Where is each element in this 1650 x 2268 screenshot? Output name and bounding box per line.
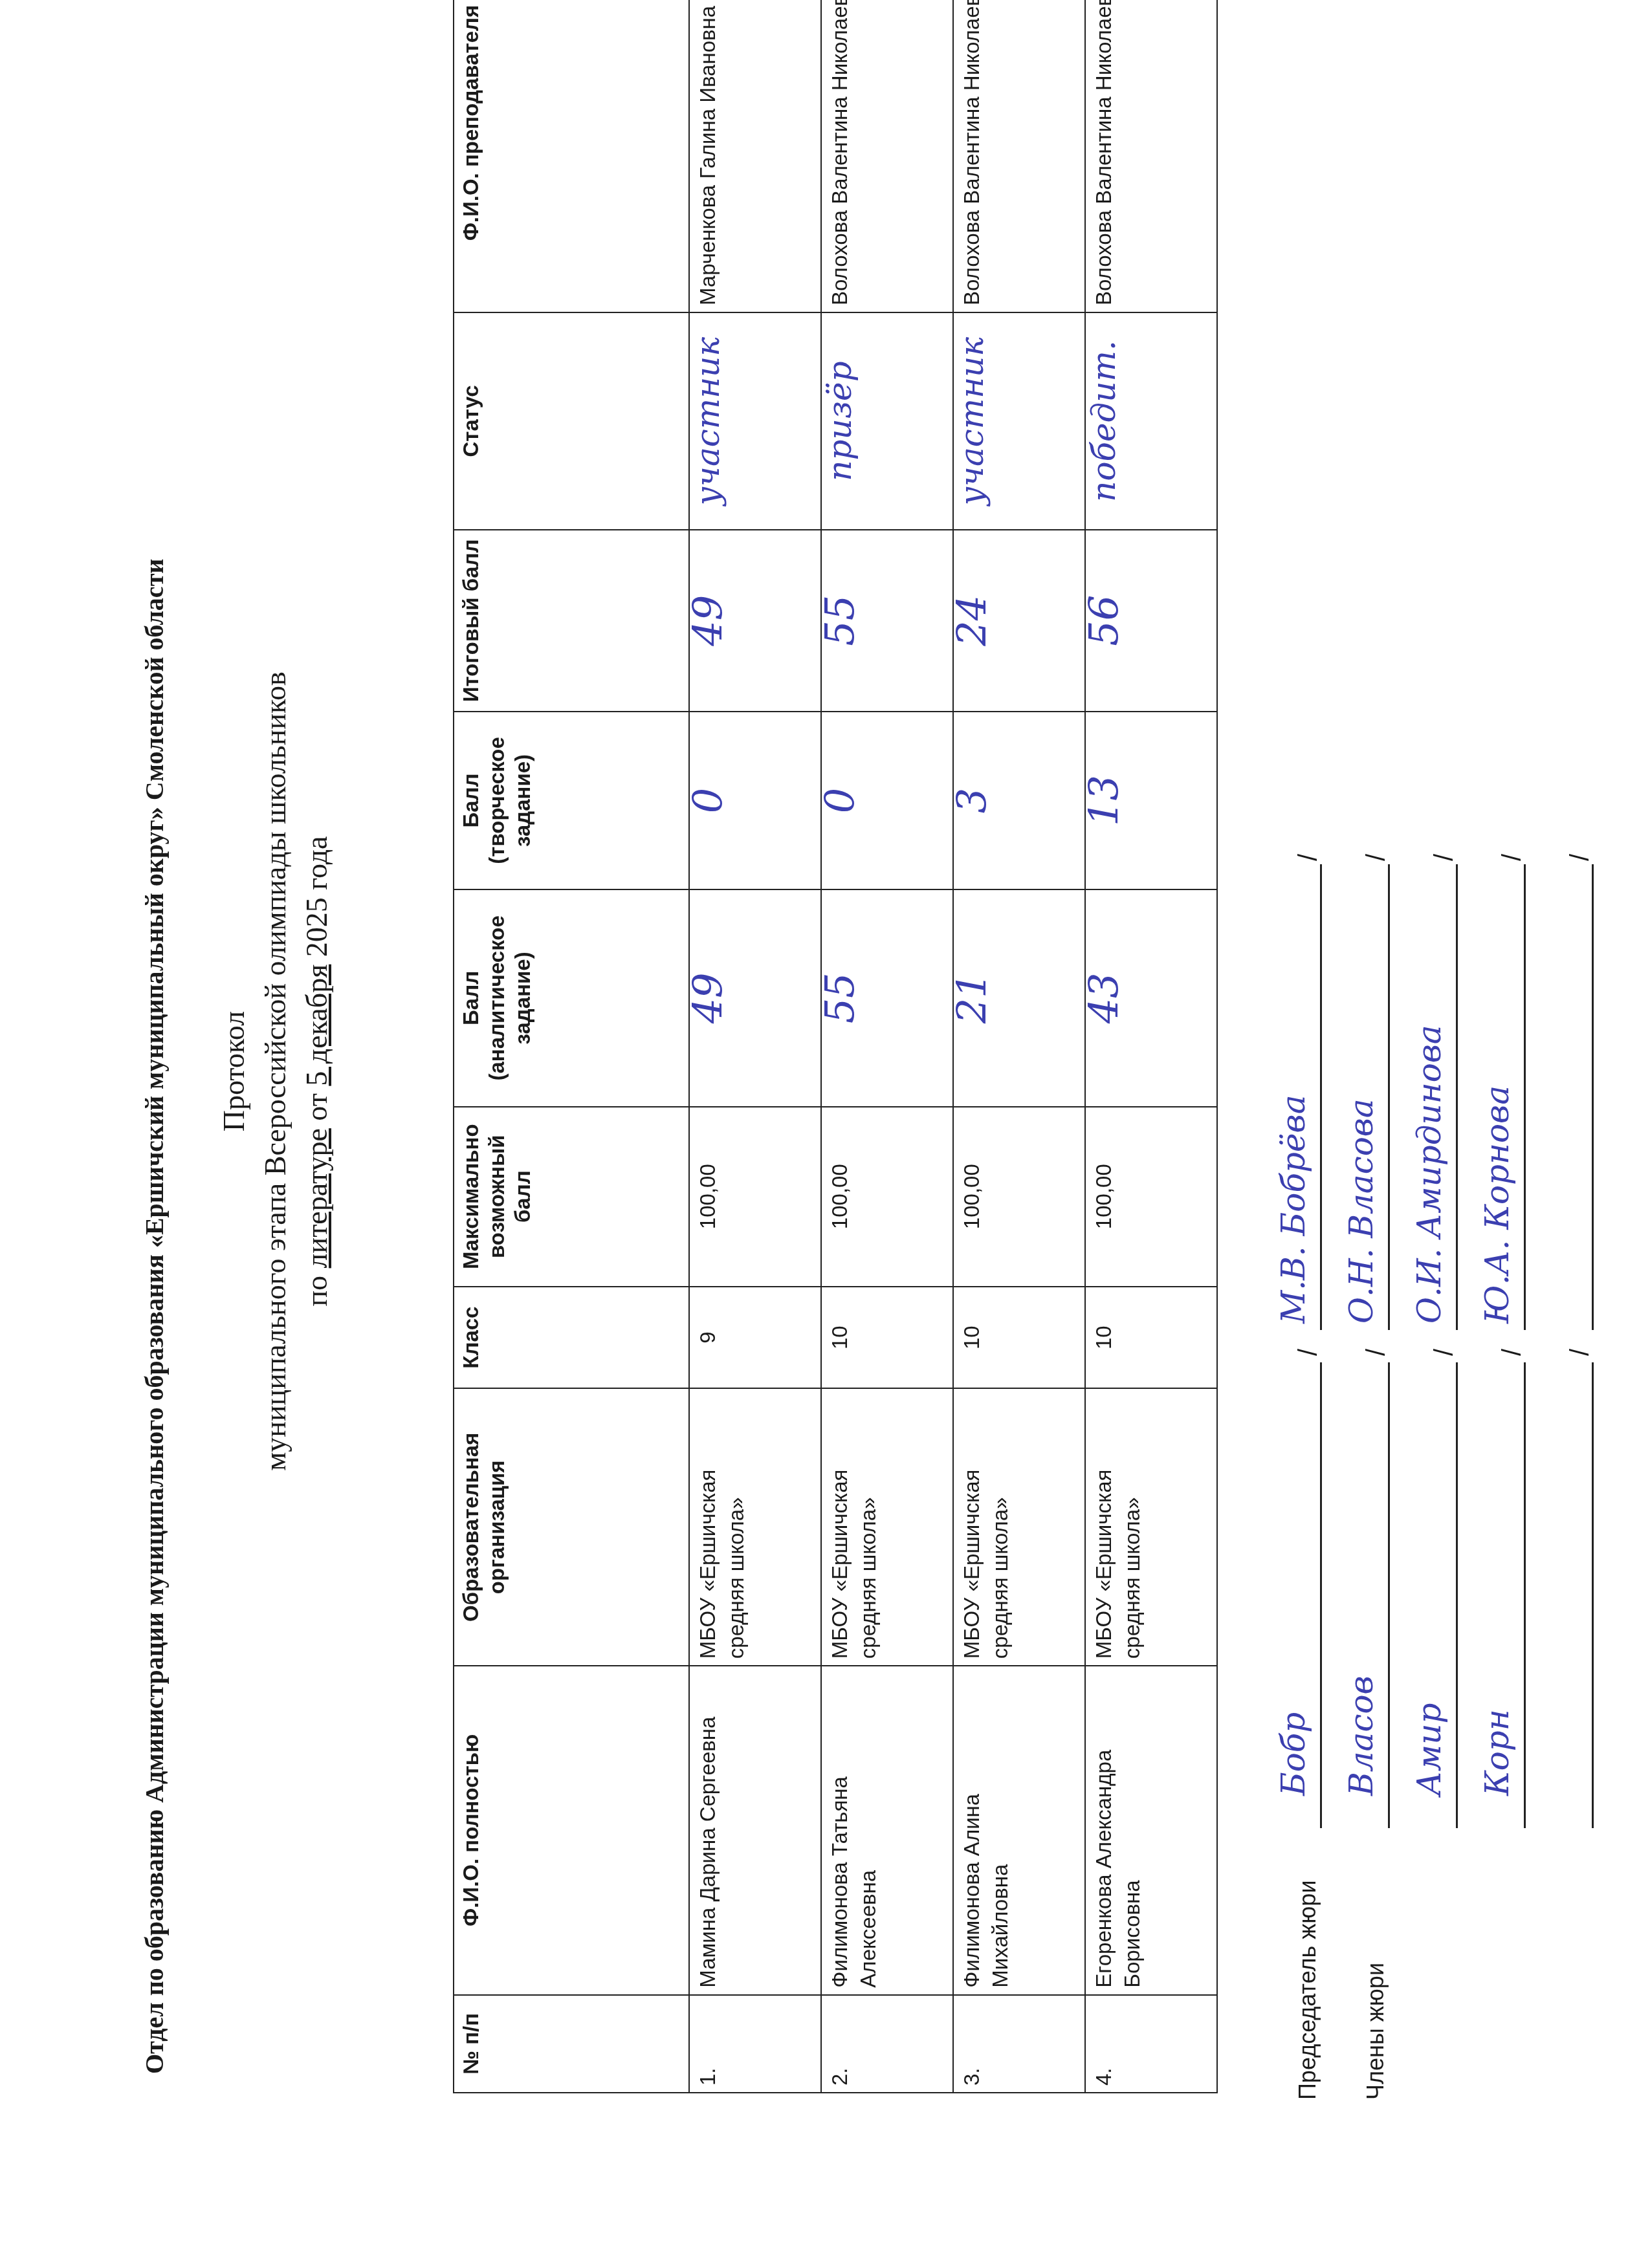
signature-line — [1388, 1362, 1390, 1828]
cell-student-name: Филимонова Алина Михайловна — [953, 1666, 1085, 1994]
separator: / — [1430, 854, 1459, 861]
col-teacher: Ф.И.О. преподавателя — [454, 0, 689, 312]
title-block: Протокол муниципального этапа Всероссийс… — [214, 69, 338, 2074]
jury-signatures: Председатель жюри Бобр / М.В. Бобрёва / … — [1268, 30, 1608, 2100]
organization-header: Отдел по образованию Администрации муниц… — [139, 69, 170, 2074]
cell-teacher: Марченкова Галина Ивановна — [689, 0, 821, 312]
cell-number: 4. — [1085, 1995, 1217, 2093]
cell-grade: 10 — [953, 1287, 1085, 1388]
name-line — [1320, 864, 1322, 1330]
cell-analytic-score: 55 — [821, 889, 953, 1106]
col-number: № п/п — [454, 1995, 689, 2093]
jury-member-row: Члены жюриВласов/О.Н. Власова/ — [1336, 30, 1404, 2100]
year: 2025 года — [300, 836, 333, 964]
separator: / — [1362, 854, 1391, 861]
jury-member-row: Корн/Ю.А. Корнова/ — [1472, 30, 1540, 2100]
separator: / — [1362, 1349, 1391, 1356]
name-line — [1388, 864, 1390, 1330]
cell-analytic-score: 49 — [689, 889, 821, 1106]
name-line — [1592, 864, 1594, 1330]
cell-organization: МБОУ «Ершичская средняя школа» — [689, 1388, 821, 1666]
date: 5 декабря — [300, 965, 333, 1086]
cell-organization: МБОУ «Ершичская средняя школа» — [821, 1388, 953, 1666]
table-row: 3.Филимонова Алина МихайловнаМБОУ «Ершич… — [953, 0, 1085, 2093]
name-line — [1456, 864, 1458, 1330]
cell-max-score: 100,00 — [1085, 1107, 1217, 1287]
cell-creative-score: 3 — [953, 712, 1085, 889]
col-organization: Образовательная организация — [454, 1388, 689, 1666]
jury-member-row: Амир/О.И. Амирдинова/ — [1404, 30, 1472, 2100]
signature-line — [1592, 1362, 1594, 1828]
cell-grade: 10 — [821, 1287, 953, 1388]
member-name: Ю.А. Корнова — [1479, 1085, 1516, 1324]
member-signature: Амир — [1411, 1703, 1448, 1796]
table-row: 4.Егоренкова Александра БорисовнаМБОУ «Е… — [1085, 0, 1217, 2093]
cell-total-score: 24 — [953, 530, 1085, 712]
cell-total-score: 56 — [1085, 530, 1217, 712]
col-creative-score: Балл (творческое задание) — [454, 712, 689, 889]
col-student-name: Ф.И.О. полностью — [454, 1666, 689, 1994]
separator: / — [1498, 1349, 1527, 1356]
separator: / — [1430, 1349, 1459, 1356]
cell-student-name: Филимонова Татьяна Алексеевна — [821, 1666, 953, 1994]
jury-member-row: // — [1540, 30, 1608, 2100]
cell-creative-score: 0 — [689, 712, 821, 889]
subject: литературе — [300, 1128, 333, 1268]
cell-student-name: Мамина Дарина Сергеевна — [689, 1666, 821, 1994]
jury-members-label: Члены жюри — [1362, 1963, 1389, 2100]
col-analytic-score: Балл (аналитическое задание) — [454, 889, 689, 1106]
name-line — [1524, 864, 1526, 1330]
member-signature: Корн — [1479, 1709, 1516, 1796]
cell-grade: 9 — [689, 1287, 821, 1388]
col-grade: Класс — [454, 1287, 689, 1388]
cell-status: победит. — [1085, 312, 1217, 530]
signature-line — [1320, 1362, 1322, 1828]
member-signature: Власов — [1343, 1675, 1380, 1796]
cell-analytic-score: 21 — [953, 889, 1085, 1106]
cell-max-score: 100,00 — [821, 1107, 953, 1287]
col-total-score: Итоговый балл — [454, 530, 689, 712]
col-max-score: Максимально возможный балл — [454, 1107, 689, 1287]
results-table: № п/п Ф.И.О. полностью Образовательная о… — [453, 0, 1218, 2093]
member-name: О.Н. Власова — [1343, 1098, 1380, 1324]
table-row: 2.Филимонова Татьяна АлексеевнаМБОУ «Ерш… — [821, 0, 953, 2093]
cell-creative-score: 0 — [821, 712, 953, 889]
cell-max-score: 100,00 — [689, 1107, 821, 1287]
chair-signature: Бобр — [1275, 1712, 1312, 1796]
signature-line — [1456, 1362, 1458, 1828]
jury-chair-label: Председатель жюри — [1294, 1881, 1321, 2100]
table-row: 1.Мамина Дарина СергеевнаМБОУ «Ершичская… — [689, 0, 821, 2093]
separator: / — [1566, 1349, 1595, 1356]
cell-number: 3. — [953, 1995, 1085, 2093]
document-sheet: Отдел по образованию Администрации муниц… — [0, 0, 1650, 2268]
subject-prefix: по — [300, 1268, 333, 1306]
separator: / — [1566, 854, 1595, 861]
chair-name: М.В. Бобрёва — [1275, 1095, 1312, 1324]
cell-analytic-score: 43 — [1085, 889, 1217, 1106]
cell-grade: 10 — [1085, 1287, 1217, 1388]
separator: / — [1498, 854, 1527, 861]
cell-status: участник — [953, 312, 1085, 530]
member-name: О.И. Амирдинова — [1411, 1025, 1448, 1324]
separator: / — [1294, 854, 1323, 861]
cell-status: призёр — [821, 312, 953, 530]
cell-total-score: 49 — [689, 530, 821, 712]
date-prefix: от — [300, 1086, 333, 1129]
cell-creative-score: 13 — [1085, 712, 1217, 889]
cell-organization: МБОУ «Ершичская средняя школа» — [1085, 1388, 1217, 1666]
cell-student-name: Егоренкова Александра Борисовна — [1085, 1666, 1217, 1994]
cell-max-score: 100,00 — [953, 1107, 1085, 1287]
document-subtitle: муниципального этапа Всероссийской олимп… — [255, 69, 296, 2074]
table-header-row: № п/п Ф.И.О. полностью Образовательная о… — [454, 0, 689, 2093]
cell-number: 1. — [689, 1995, 821, 2093]
cell-organization: МБОУ «Ершичская средняя школа» — [953, 1388, 1085, 1666]
subject-date-line: по литературе от 5 декабря 2025 года — [296, 69, 338, 2074]
jury-chair-row: Председатель жюри Бобр / М.В. Бобрёва / — [1268, 30, 1336, 2100]
col-status: Статус — [454, 312, 689, 530]
signature-line — [1524, 1362, 1526, 1828]
document-title: Протокол — [214, 69, 255, 2074]
cell-number: 2. — [821, 1995, 953, 2093]
cell-status: участник — [689, 312, 821, 530]
cell-teacher: Волохова Валентина Николаевна — [953, 0, 1085, 312]
separator: / — [1294, 1349, 1323, 1356]
cell-teacher: Волохова Валентина Николаевна — [821, 0, 953, 312]
cell-teacher: Волохова Валентина Николаевна — [1085, 0, 1217, 312]
cell-total-score: 55 — [821, 530, 953, 712]
